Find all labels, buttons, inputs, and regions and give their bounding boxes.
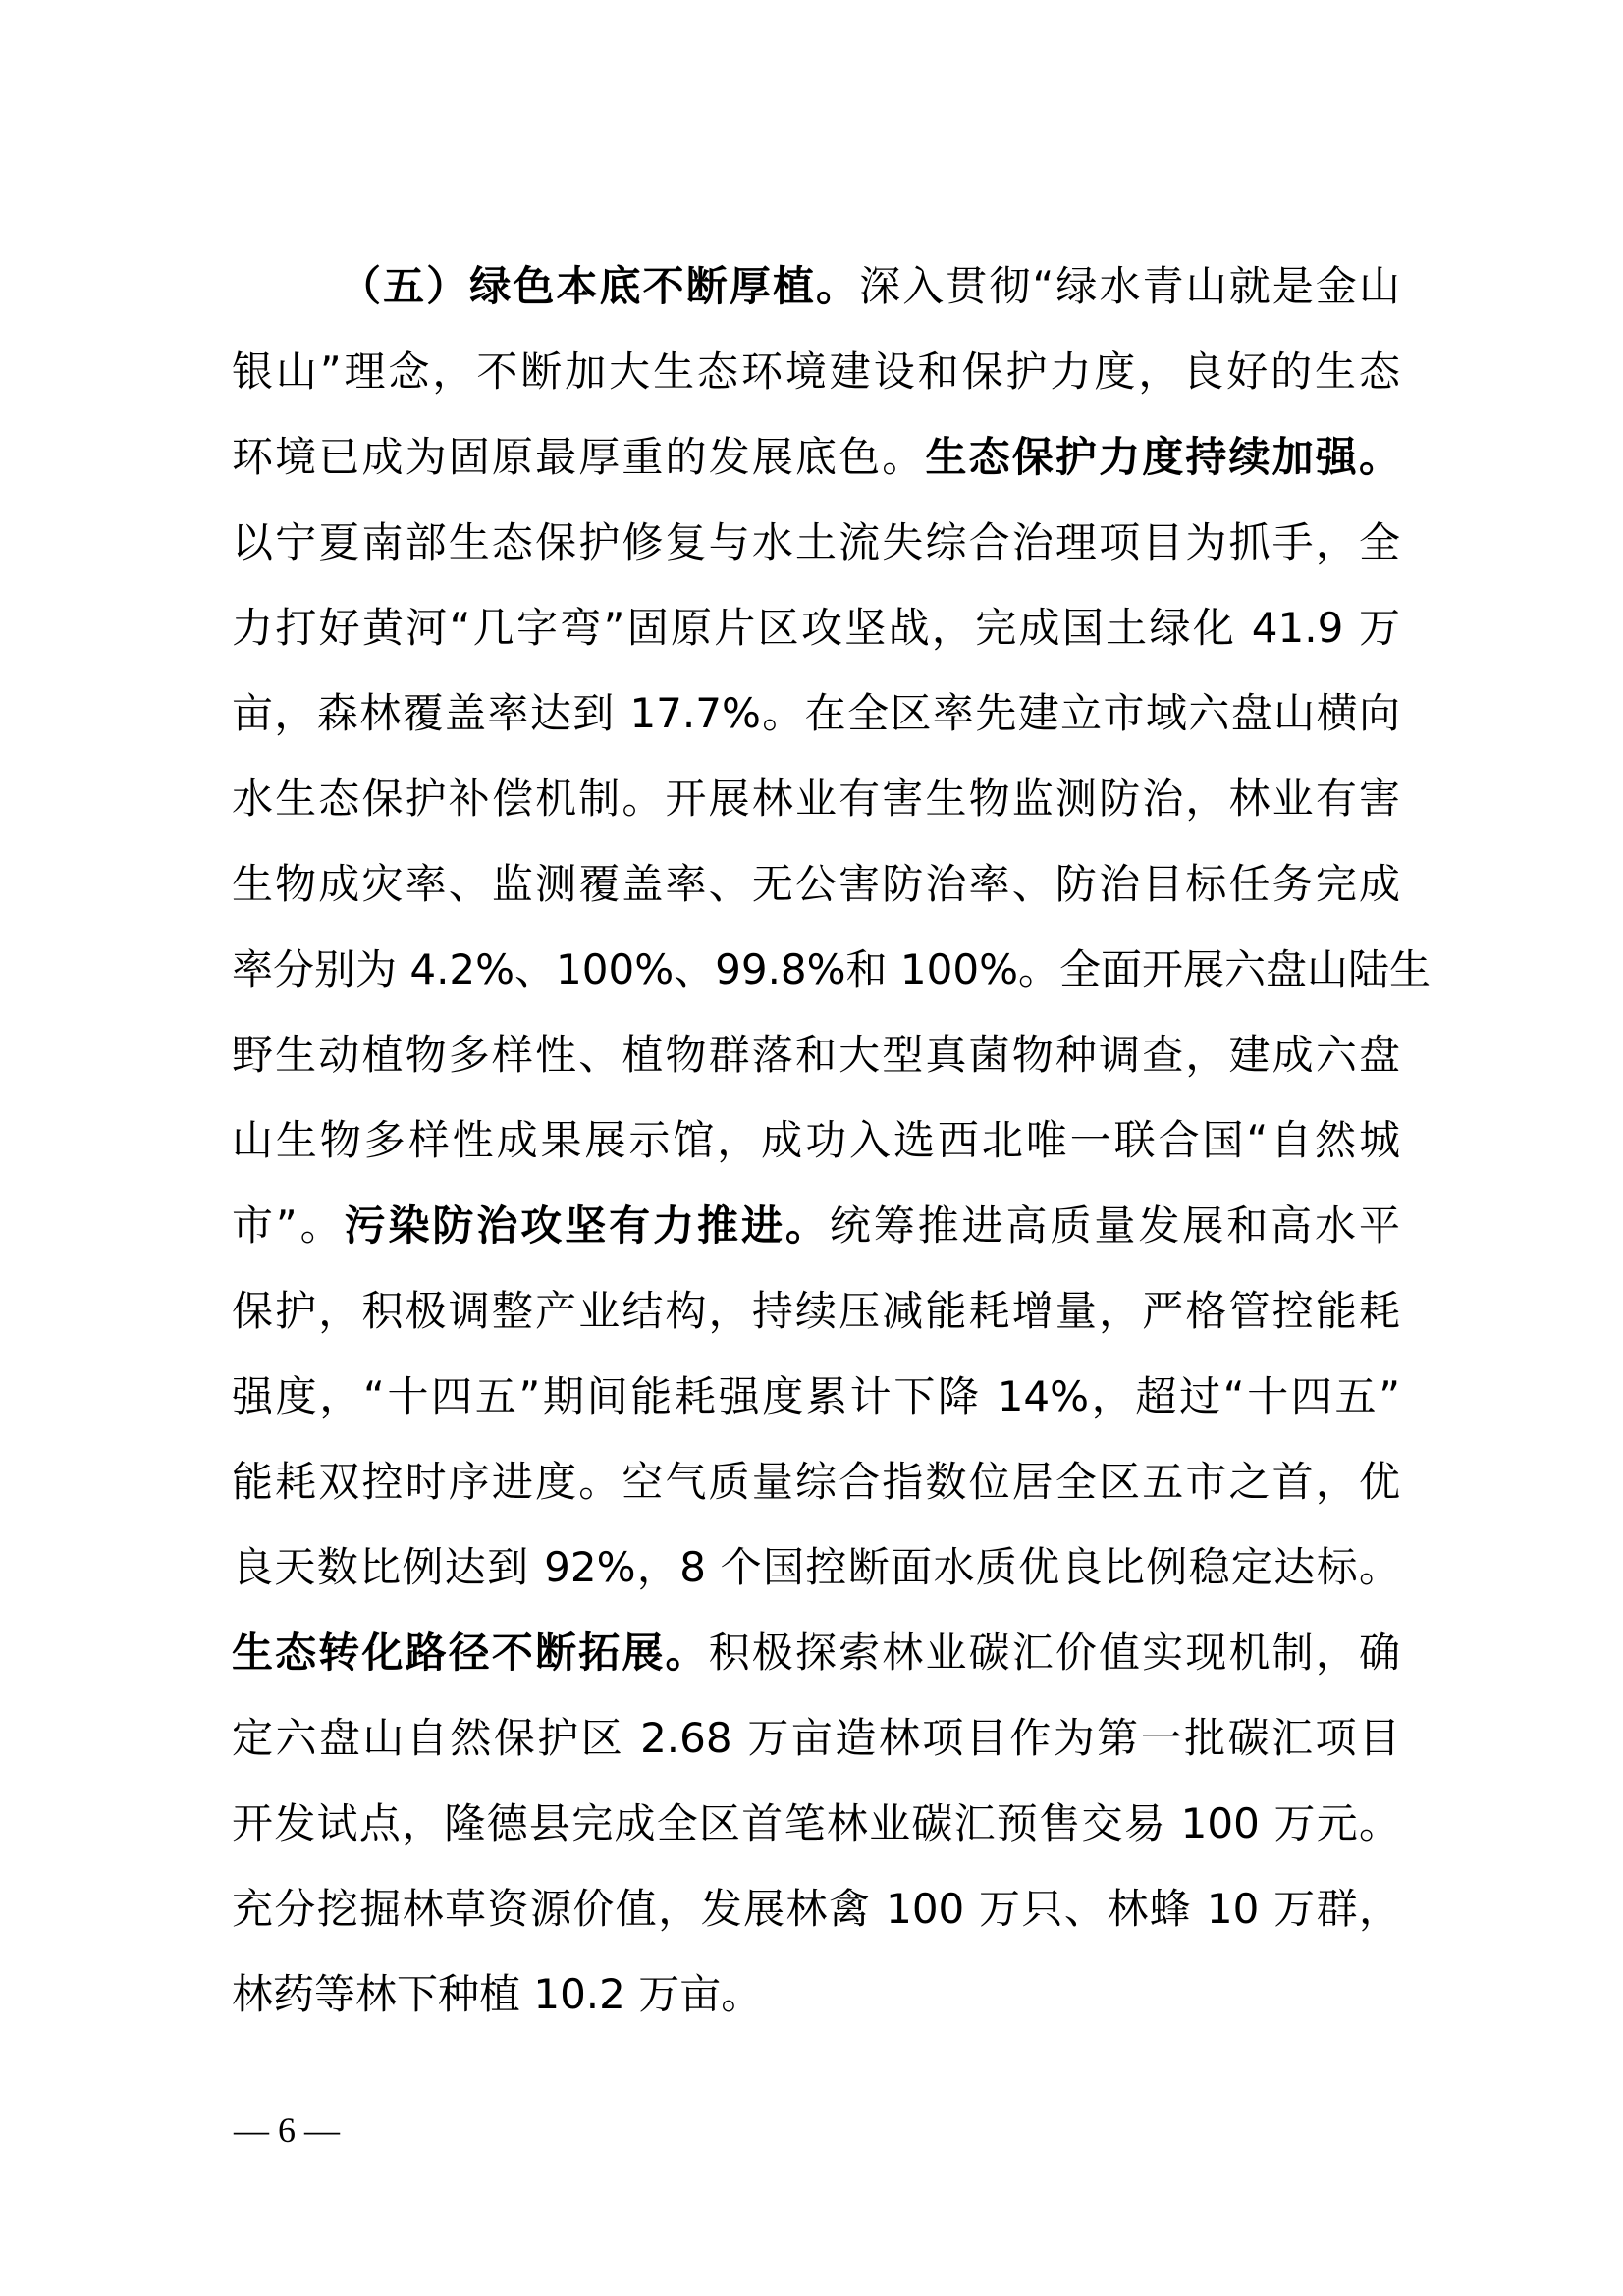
text-line-13: 保护，积极调整产业结构，持续压减能耗增量，严格管控能耗 [232, 1282, 1400, 1341]
text-line-2: 银山”理念，不断加大生态环境建设和保护力度，良好的生态 [232, 343, 1400, 401]
text-line-12: 市”。污染防治攻坚有力推进。统筹推进高质量发展和高水平 [232, 1197, 1400, 1255]
text-line-6: 亩，森林覆盖率达到 17.7%。在全区率先建立市域六盘山横向 [232, 684, 1400, 743]
text-segment: 银山”理念，不断加大生态环境建设和保护力度，良好的生态 [232, 347, 1400, 396]
text-line-3: 环境已成为固原最厚重的发展底色。生态保护力度持续加强。 [232, 428, 1400, 487]
text-segment: 生物成灾率、监测覆盖率、无公害防治率、防治目标任务完成 [232, 860, 1400, 908]
text-line-21: 林药等林下种植 10.2 万亩。 [232, 1965, 1400, 2024]
text-segment: 市”。 [232, 1201, 345, 1250]
text-line-9: 率分别为 4.2%、100%、99.8%和 100%。全面开展六盘山陆生 [232, 940, 1400, 999]
text-line-19: 开发试点，隆德县完成全区首笔林业碳汇预售交易 100 万元。 [232, 1794, 1400, 1853]
text-segment: 开发试点，隆德县完成全区首笔林业碳汇预售交易 100 万元。 [232, 1799, 1400, 1847]
subheading-ecological-transformation: 生态转化路径不断拓展。 [232, 1629, 709, 1677]
text-line-8: 生物成灾率、监测覆盖率、无公害防治率、防治目标任务完成 [232, 855, 1400, 914]
text-segment: 保护，积极调整产业结构，持续压减能耗增量，严格管控能耗 [232, 1287, 1400, 1335]
text-segment: 统筹推进高质量发展和高水平 [830, 1201, 1400, 1250]
text-segment: 力打好黄河“几字弯”固原片区攻坚战，完成国土绿化 41.9 万 [232, 604, 1400, 652]
text-line-7: 水生态保护补偿机制。开展林业有害生物监测防治，林业有害 [232, 770, 1400, 828]
document-page: （五）绿色本底不断厚植。深入贯彻“绿水青山就是金山 银山”理念，不断加大生态环境… [0, 0, 1623, 2296]
text-line-10: 野生动植物多样性、植物群落和大型真菌物种调查，建成六盘 [232, 1026, 1400, 1085]
text-line-20: 充分挖掘林草资源价值，发展林禽 100 万只、林蜂 10 万群， [232, 1880, 1400, 1939]
text-segment: 积极探索林业碳汇价值实现机制，确 [709, 1629, 1400, 1677]
text-segment: 率分别为 4.2%、100%、99.8%和 100%。全面开展六盘山陆生 [232, 945, 1431, 993]
subheading-pollution-control: 污染防治攻坚有力推进。 [345, 1201, 830, 1250]
text-segment: 山生物多样性成果展示馆，成功入选西北唯一联合国“自然城 [232, 1116, 1400, 1164]
page-number: — 6 — [234, 2106, 340, 2155]
text-segment: 亩，森林覆盖率达到 17.7%。在全区率先建立市域六盘山横向 [232, 689, 1400, 737]
text-segment: 充分挖掘林草资源价值，发展林禽 100 万只、林蜂 10 万群， [232, 1885, 1400, 1933]
text-line-16: 良天数比例达到 92%，8 个国控断面水质优良比例稳定达标。 [232, 1538, 1400, 1597]
text-line-1: （五）绿色本底不断厚植。深入贯彻“绿水青山就是金山 [340, 257, 1400, 316]
text-segment: 林药等林下种植 10.2 万亩。 [232, 1970, 762, 2018]
text-line-14: 强度，“十四五”期间能耗强度累计下降 14%，超过“十四五” [232, 1367, 1400, 1426]
text-segment: 强度，“十四五”期间能耗强度累计下降 14%，超过“十四五” [232, 1372, 1400, 1420]
text-segment: 野生动植物多样性、植物群落和大型真菌物种调查，建成六盘 [232, 1031, 1400, 1079]
text-segment: 水生态保护补偿机制。开展林业有害生物监测防治，林业有害 [232, 774, 1400, 823]
text-line-15: 能耗双控时序进度。空气质量综合指数位居全区五市之首，优 [232, 1453, 1400, 1512]
text-segment: 能耗双控时序进度。空气质量综合指数位居全区五市之首，优 [232, 1458, 1400, 1506]
section-heading: （五）绿色本底不断厚植。 [340, 262, 859, 310]
subheading-ecological-protection: 生态保护力度持续加强。 [925, 433, 1400, 481]
text-segment: 以宁夏南部生态保护修复与水土流失综合治理项目为抓手，全 [232, 518, 1400, 566]
text-line-18: 定六盘山自然保护区 2.68 万亩造林项目作为第一批碳汇项目 [232, 1709, 1400, 1768]
text-line-4: 以宁夏南部生态保护修复与水土流失综合治理项目为抓手，全 [232, 513, 1400, 572]
text-segment: 深入贯彻“绿水青山就是金山 [859, 262, 1400, 310]
text-segment: 定六盘山自然保护区 2.68 万亩造林项目作为第一批碳汇项目 [232, 1714, 1400, 1762]
text-line-17: 生态转化路径不断拓展。积极探索林业碳汇价值实现机制，确 [232, 1624, 1400, 1682]
text-segment: 环境已成为固原最厚重的发展底色。 [232, 433, 925, 481]
text-line-11: 山生物多样性成果展示馆，成功入选西北唯一联合国“自然城 [232, 1111, 1400, 1170]
text-line-5: 力打好黄河“几字弯”固原片区攻坚战，完成国土绿化 41.9 万 [232, 599, 1400, 658]
text-segment: 良天数比例达到 92%，8 个国控断面水质优良比例稳定达标。 [232, 1543, 1400, 1591]
